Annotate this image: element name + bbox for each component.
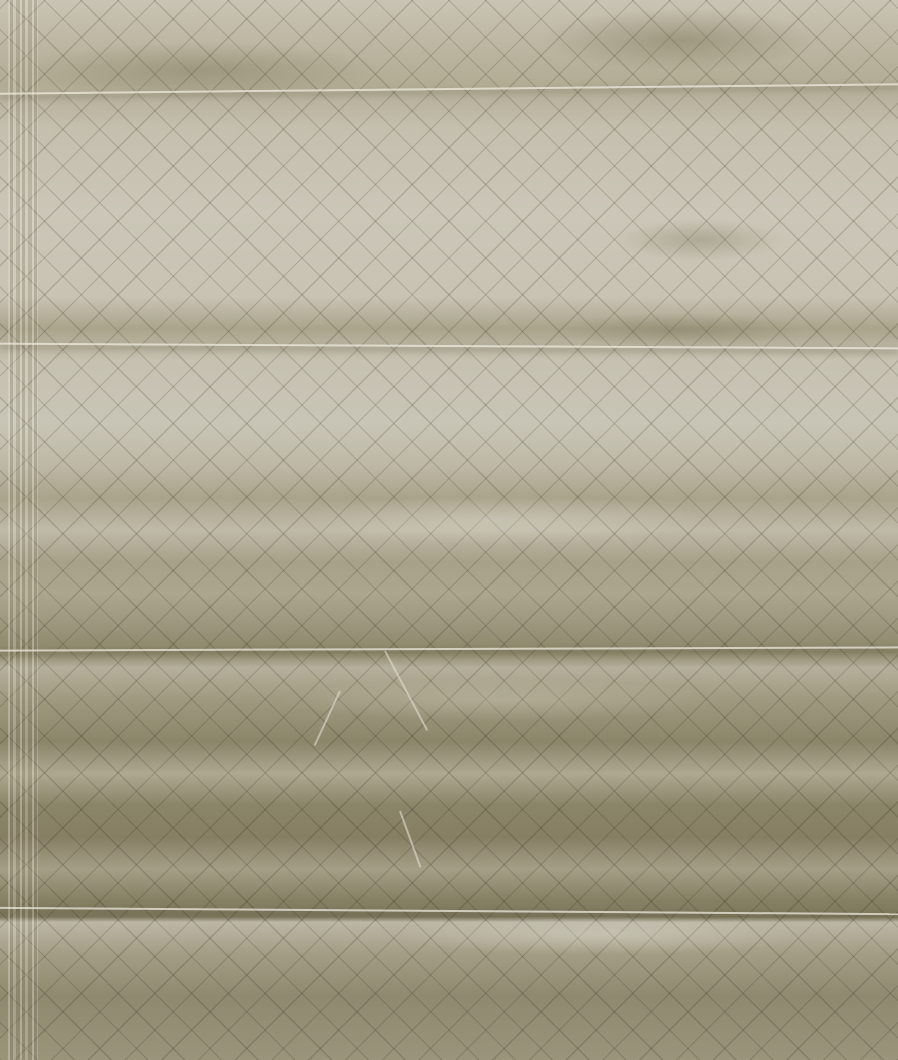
fabric-photo: Folded woven brocade fabric with damask …: [0, 0, 898, 1060]
fabric-sheen: [0, 0, 898, 1060]
left-border-stripe: [8, 0, 38, 1060]
